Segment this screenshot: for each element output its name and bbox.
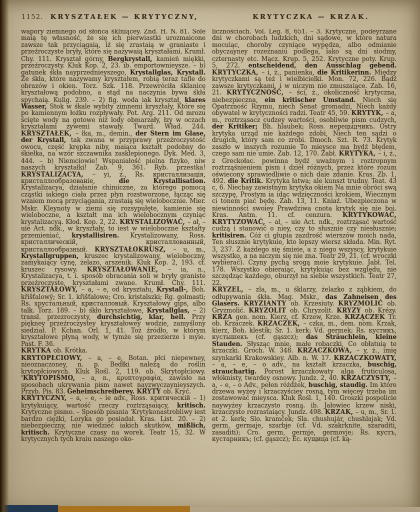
paragraph: licznościach. Vol. Leg. 8, 651. – 3. Kry… bbox=[212, 29, 397, 287]
header-left: 1152. KRYSZTAŁEK — KRYTYCZNY, bbox=[10, 13, 210, 21]
header-title-left: KRYSZTAŁEK — KRYTYCZNY, bbox=[50, 13, 198, 21]
paragraph: wapory ziemnego od słońca śklniącey. Znd… bbox=[21, 29, 206, 348]
paragraph: KRYTOPŁCIOWY, – a, – e, Botan. płci niep… bbox=[21, 355, 206, 396]
header-right: KRYTYCZKA — KRZAK. bbox=[210, 13, 412, 21]
body-text: Cóż ci głupia zazdrość wierszów moich na… bbox=[212, 232, 397, 287]
text-column-right: licznościach. Vol. Leg. 8, 651. – 3. Kry… bbox=[212, 29, 397, 470]
scan-edge-grey bbox=[190, 507, 420, 512]
scan-edge-orange bbox=[58, 506, 190, 512]
dictionary-page-scan: 1152. KRYSZTAŁEK — KRYTYCZNY, KRYTYCZKA … bbox=[0, 0, 420, 512]
text-column-left: wapory ziemnego od słońca śklniącey. Znd… bbox=[21, 29, 206, 470]
paragraph: KRYZEL, – zla, m., u śklarzy, żelazko z … bbox=[212, 287, 397, 443]
page-header: 1152. KRYSZTAŁEK — KRYTYCZNY, KRYTYCZKA … bbox=[10, 13, 412, 21]
header-title-right: KRYTYCZKA — KRZAK. bbox=[253, 13, 370, 21]
paragraph: KRYTYCZNY, – a, – e, – ie adv., Ross. кр… bbox=[21, 396, 206, 444]
page-number: 1152. bbox=[21, 13, 43, 21]
body-text: Ze śkła, które nazywamy kryształem, robi… bbox=[21, 76, 206, 104]
book-gutter-shadow bbox=[0, 0, 9, 512]
body-text: Stok w śkale wybity zimnemi kryształy, K… bbox=[21, 103, 206, 131]
